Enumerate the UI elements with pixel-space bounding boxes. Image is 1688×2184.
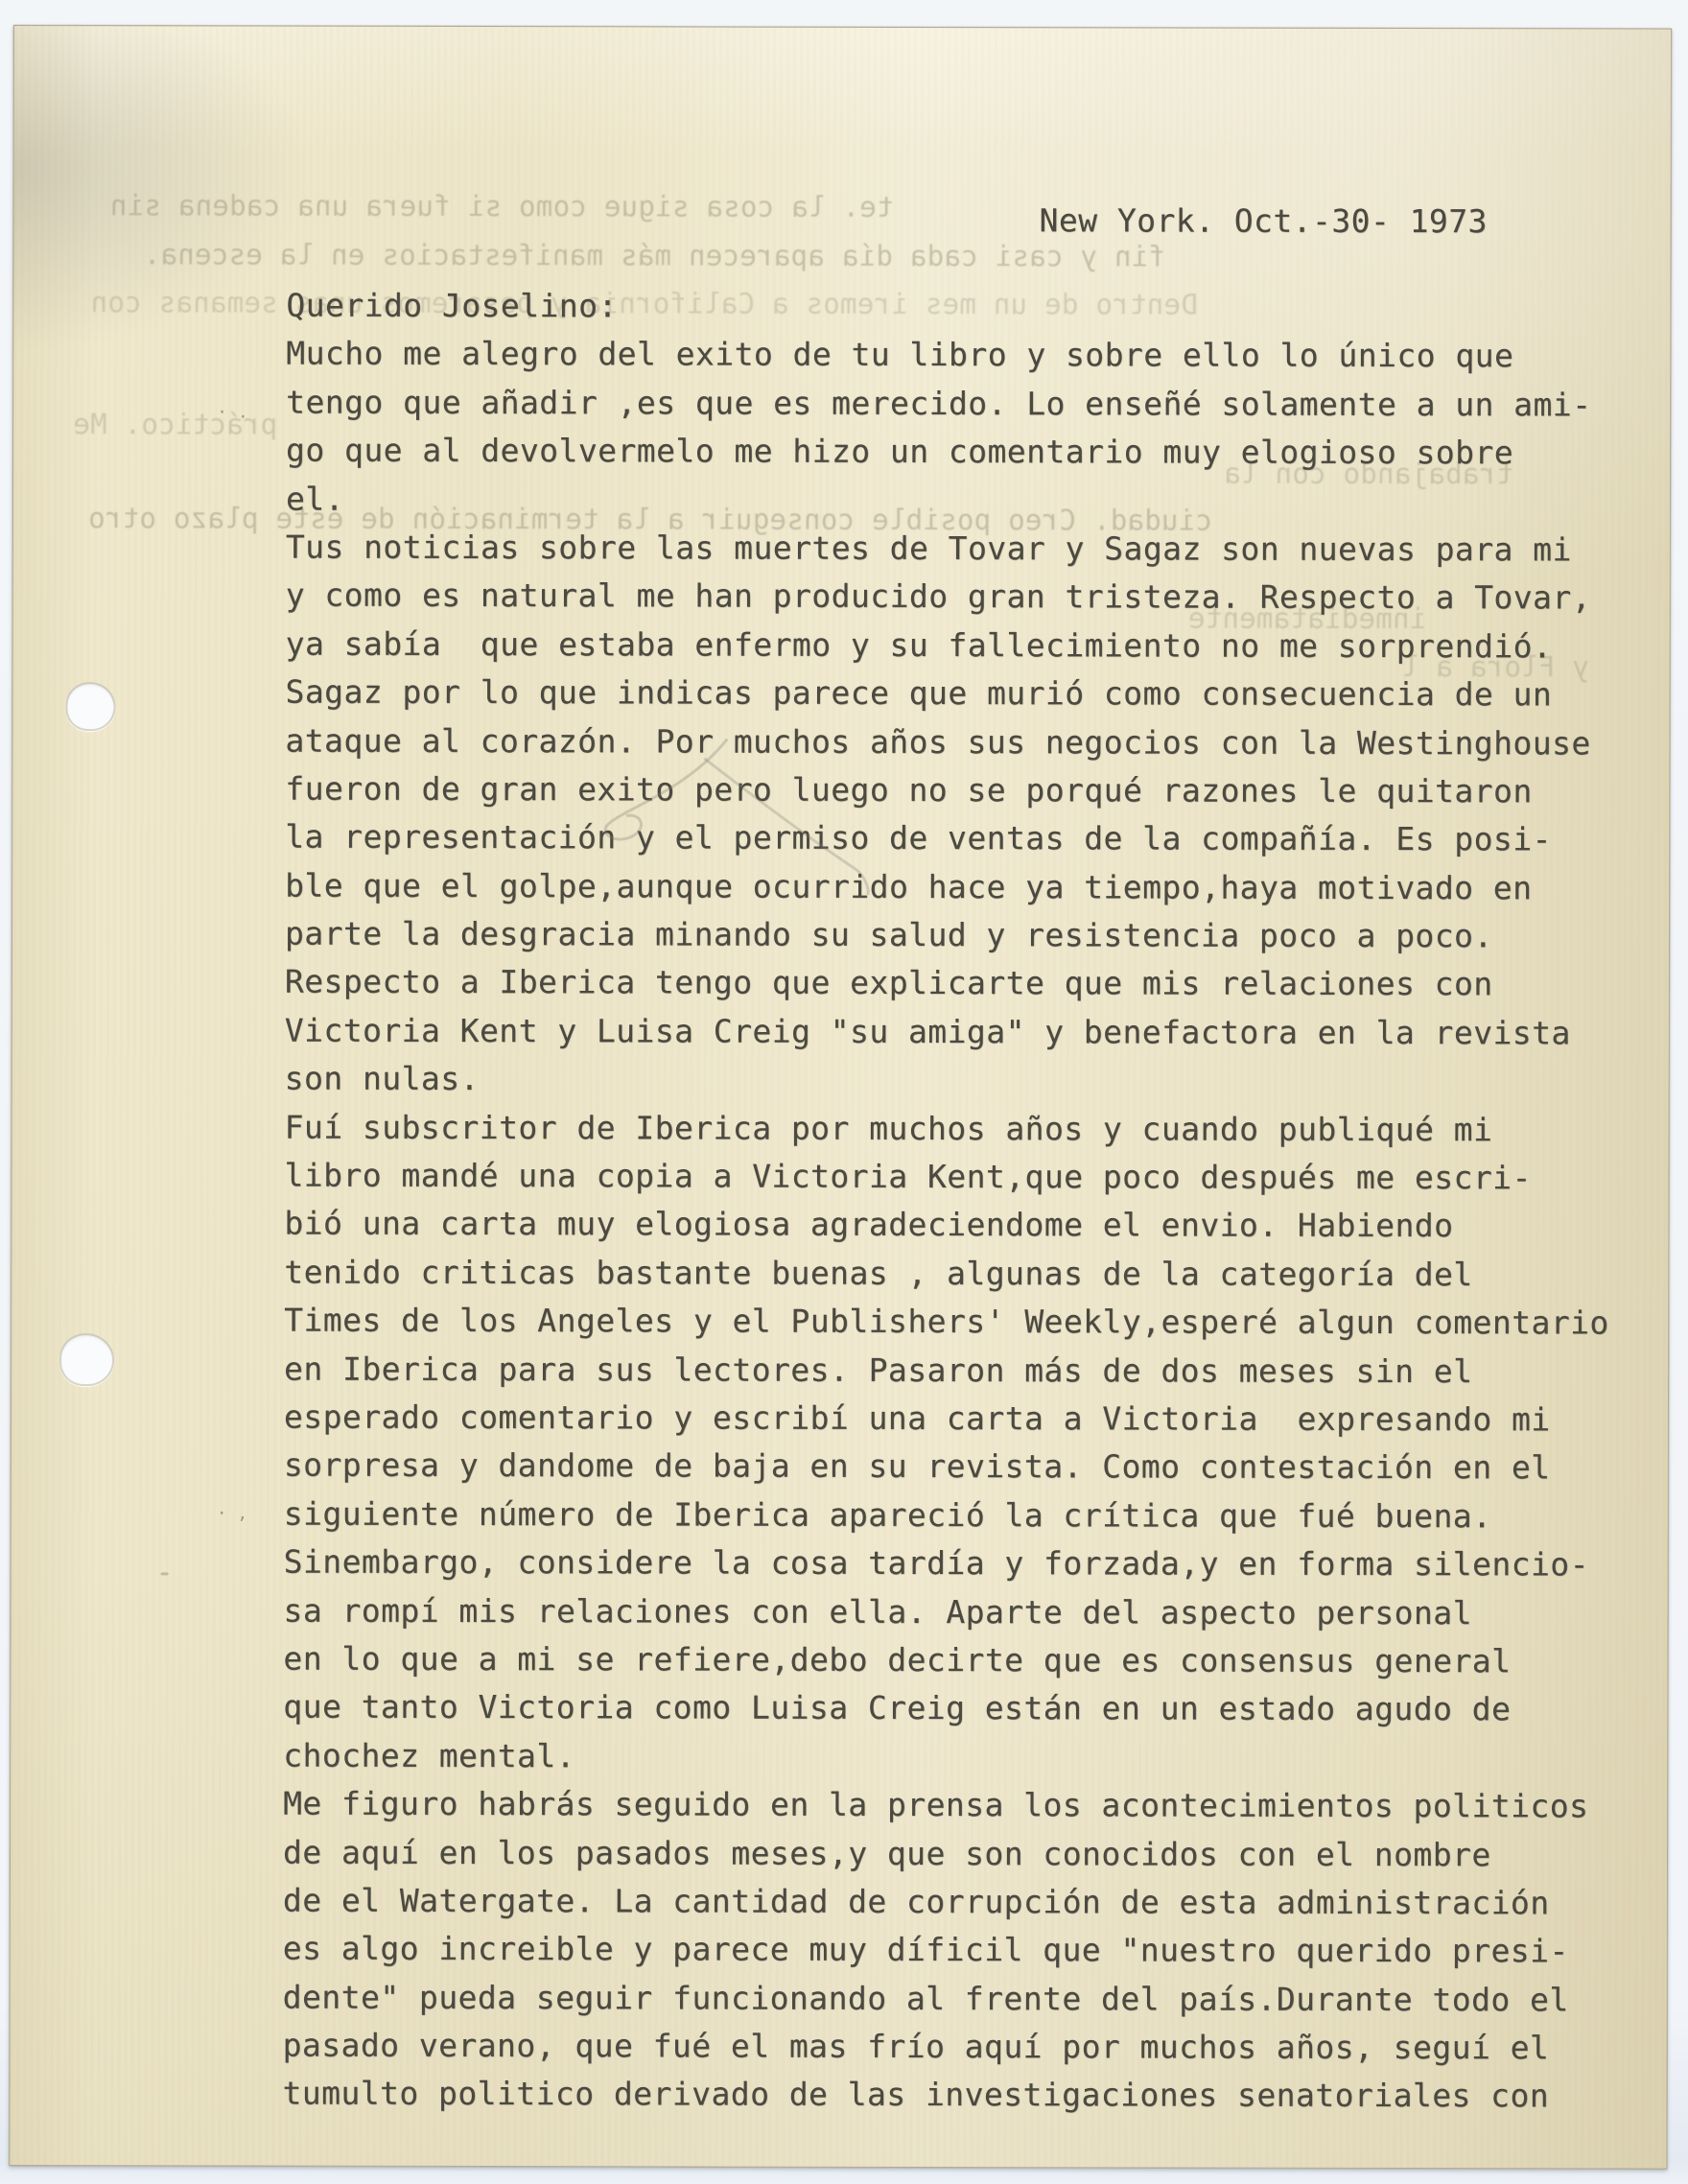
letter-line: son nulas. bbox=[285, 1055, 1647, 1106]
letter-line: siguiente número de Iberica apareció la … bbox=[284, 1490, 1646, 1540]
hole-punch bbox=[65, 682, 115, 731]
letter-line: en lo que a mi se refiere,debo decirte q… bbox=[283, 1635, 1645, 1686]
letter-line: de el Watergate. La cantidad de corrupci… bbox=[283, 1876, 1645, 1927]
letter-line: esperado comentario y escribí una carta … bbox=[284, 1394, 1646, 1444]
letter-line: ble que el golpe,aunque ocurrido hace ya… bbox=[285, 861, 1647, 912]
ink-speck: · . bbox=[217, 402, 248, 422]
ink-speck bbox=[161, 1572, 169, 1575]
letter-line: Me figuro habrás seguido en la prensa lo… bbox=[283, 1780, 1645, 1831]
letter-line: ataque al corazón. Por muchos años sus n… bbox=[285, 716, 1647, 767]
letter-line: ya sabía que estaba enfermo y su falleci… bbox=[286, 620, 1648, 670]
letter-line: tengo que añadir ,es que es merecido. Lo… bbox=[286, 378, 1648, 429]
bleedthrough-line: fin y casi cada día aparecen más manifes… bbox=[143, 238, 1165, 272]
letter-line: pasado verano, que fué el mas frío aquí … bbox=[283, 2022, 1645, 2073]
letter-line: chochez mental. bbox=[283, 1731, 1645, 1782]
letter-line: Sinembargo, considere la cosa tardía y f… bbox=[284, 1538, 1646, 1589]
letter-line: la representación y el permiso de ventas… bbox=[285, 813, 1647, 864]
letter-line: Tus noticias sobre las muertes de Tovar … bbox=[286, 524, 1648, 575]
letter-line: de aquí en los pasados meses,y que son c… bbox=[283, 1828, 1645, 1879]
letter-line: bió una carta muy elogiosa agradeciendom… bbox=[284, 1200, 1646, 1251]
letter-page: te. la cosa sigue como si fuera una cade… bbox=[9, 25, 1672, 2170]
letter-line: en Iberica para sus lectores. Pasaron má… bbox=[284, 1345, 1646, 1396]
letter-line: Fuí subscritor de Iberica por muchos año… bbox=[285, 1103, 1647, 1154]
bleedthrough-line: te. la cosa sigue como si fuera una cade… bbox=[110, 189, 894, 223]
letter-line: go que al devolvermelo me hizo un coment… bbox=[286, 427, 1648, 478]
letter-line: Querido Joselino: bbox=[286, 282, 1648, 333]
letter-line: que tanto Victoria como Luisa Creig está… bbox=[283, 1683, 1645, 1734]
letter-line: tumulto politico derivado de las investi… bbox=[282, 2070, 1644, 2121]
letter-line: dente" pueda seguir funcionando al frent… bbox=[283, 1973, 1645, 2024]
dateline: New York. Oct.-30- 1973 bbox=[1040, 197, 1488, 246]
letter-line: Times de los Angeles y el Publishers' We… bbox=[284, 1297, 1646, 1348]
letter-line: tenido criticas bastante buenas , alguna… bbox=[284, 1248, 1646, 1299]
letter-line: libro mandé una copia a Victoria Kent,qu… bbox=[284, 1152, 1646, 1203]
scan-background: { "letter": { "dateline": "New York. Oct… bbox=[0, 0, 1688, 2184]
letter-line: sorpresa y dandome de baja en su revista… bbox=[284, 1442, 1646, 1492]
letter-line: sa rompí mis relaciones con ella. Aparte… bbox=[283, 1586, 1645, 1637]
letter-line: Sagaz por lo que indicas parece que muri… bbox=[285, 669, 1647, 719]
hole-punch bbox=[59, 1333, 114, 1386]
letter-line: el. bbox=[286, 475, 1648, 526]
letter-line: Mucho me alegro del exito de tu libro y … bbox=[286, 330, 1648, 381]
letter-line: Victoria Kent y Luisa Creig "su amiga" y… bbox=[285, 1006, 1647, 1057]
letter-line: parte la desgracia minando su salud y re… bbox=[285, 910, 1647, 961]
letter-line: es algo increible y parece muy díficil q… bbox=[283, 1925, 1645, 1976]
letter-line: fueron de gran exito pero luego no se po… bbox=[285, 765, 1647, 816]
letter-line: Respecto a Iberica tengo que explicarte … bbox=[285, 958, 1647, 1009]
letter-body: Querido Joselino:Mucho me alegro del exi… bbox=[282, 282, 1648, 2122]
ink-speck: · , bbox=[217, 1503, 248, 1523]
letter-line: y como es natural me han producido gran … bbox=[286, 572, 1648, 622]
scanner-bed: te. la cosa sigue como si fuera una cade… bbox=[0, 0, 1688, 2184]
